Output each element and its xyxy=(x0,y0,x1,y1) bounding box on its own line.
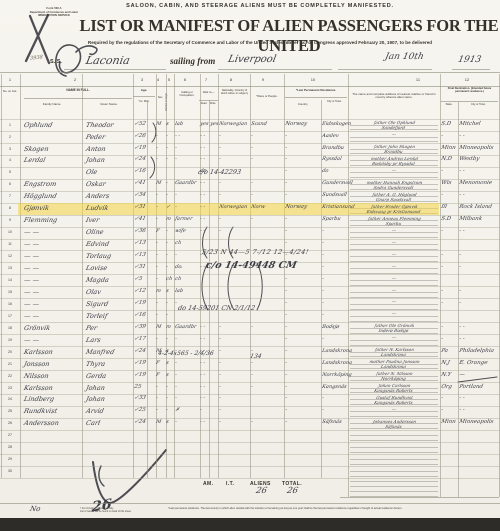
cell-relative: — xyxy=(349,132,438,137)
column-number: 2 xyxy=(71,77,79,82)
cell-ms: s xyxy=(165,122,169,127)
cell-age: ✓19 xyxy=(133,361,146,367)
cell-relative: — xyxy=(349,240,438,245)
cell-relative: father Anneus FlemmingSparbu xyxy=(349,216,439,226)
cell-age: ✓17 xyxy=(133,337,146,343)
cell-sex: - xyxy=(155,265,158,270)
cell-ctry: - xyxy=(284,396,287,402)
cell-nat: - xyxy=(218,361,221,366)
cell-giv: Manfred xyxy=(85,349,115,356)
cell-age: ✓24 xyxy=(133,420,146,426)
column-number: 6 xyxy=(181,77,189,82)
row-number: 23 xyxy=(2,386,18,390)
cell-rw: - - xyxy=(199,325,205,330)
cell-fam: Gjønvik xyxy=(23,205,49,212)
cell-dst: Menomonie xyxy=(458,181,492,187)
cell-race: Scand xyxy=(250,122,267,127)
cell-city: - xyxy=(321,396,324,401)
row-number: 18 xyxy=(2,326,18,330)
cell-nat: - xyxy=(218,157,221,162)
cell-rw: yes yes xyxy=(199,122,218,127)
cell-st: - xyxy=(440,253,443,259)
cell-relative: father Ole OphlundSandefjord xyxy=(349,120,439,130)
relative-fill-line xyxy=(350,464,438,465)
cell-occ: - xyxy=(174,373,177,378)
cell-age: ✓26 xyxy=(133,134,146,140)
row-separator xyxy=(0,454,500,455)
cell-nat: - xyxy=(218,349,221,354)
cell-ms: - xyxy=(165,146,168,151)
cell-ms: - xyxy=(165,241,168,246)
column-number: 4 xyxy=(154,77,162,82)
cell-age: ✓19 xyxy=(133,373,146,379)
cell-city: Sparbu xyxy=(321,217,340,222)
cell-nat: - xyxy=(218,146,221,151)
cell-relative: mother Paulina JonssonLandskrona xyxy=(349,359,439,369)
cell-ctry: - xyxy=(284,313,287,319)
relative-address: Kangsnäs Roberts xyxy=(349,388,438,393)
cell-st: Minn xyxy=(440,146,456,152)
cell-nat: - xyxy=(218,325,221,330)
cell-occ: - xyxy=(174,420,177,425)
row-number: 15 xyxy=(2,290,18,294)
cell-ctry: - xyxy=(284,373,287,379)
cell-nat: - xyxy=(218,134,221,139)
cell-ctry: - xyxy=(284,146,287,152)
cell-giv: Per xyxy=(85,325,97,332)
cell-occ: - xyxy=(174,396,177,401)
cell-nat: - xyxy=(218,373,221,378)
cell-st: N.Y xyxy=(440,373,451,379)
row-number: 16 xyxy=(2,302,18,306)
cell-ctry: - xyxy=(284,134,287,140)
cell-dst: - xyxy=(458,289,461,295)
cell-dst: E. Orange xyxy=(458,361,487,367)
col-head-married: Married or single. xyxy=(166,88,174,116)
cell-sex: - xyxy=(155,337,158,342)
cell-fam: Skogen xyxy=(23,146,49,153)
cell-fam: Karlsson xyxy=(23,349,53,356)
cell-sex: - xyxy=(155,146,158,151)
sailing-date: Jan 10th xyxy=(384,53,424,62)
row-number: 9 xyxy=(2,218,18,222)
check-hook xyxy=(99,466,104,486)
cell-giv: Magda xyxy=(85,277,109,284)
cell-nat: - xyxy=(218,408,221,413)
relative-name: — xyxy=(349,264,438,269)
top-banner: SALOON, CABIN, AND STEERAGE ALIENS MUST … xyxy=(60,3,460,9)
cell-sex: M xyxy=(155,420,161,425)
cell-ctry: - xyxy=(284,420,287,426)
cell-fam: Lindberg xyxy=(23,396,54,403)
cell-ms: s xyxy=(165,289,169,294)
cell-dst: Mitchel xyxy=(458,122,480,128)
cell-sex: M xyxy=(155,181,161,186)
row-number: 28 xyxy=(2,445,18,449)
cell-age: ✓41 xyxy=(133,217,146,223)
row-number: 21 xyxy=(2,362,18,366)
cell-city: - xyxy=(321,229,324,234)
cell-dst: Portland xyxy=(458,385,483,391)
cell-sex: - xyxy=(155,408,158,413)
cell-ctry: - xyxy=(284,181,287,187)
cell-st: - xyxy=(440,408,443,414)
ss-label: S. S. xyxy=(50,59,62,65)
cell-age: ✓13 xyxy=(133,253,146,259)
cell-sex: m xyxy=(155,289,161,294)
cell-giv: Oline xyxy=(85,229,104,236)
cell-fam: Grönvik xyxy=(23,325,50,332)
relative-fill-line xyxy=(350,309,438,310)
sailing-from-label: sailing from xyxy=(170,56,215,66)
relative-address: Norrköping xyxy=(349,376,438,381)
cell-giv: Sigurd xyxy=(85,301,109,308)
relative-name: — xyxy=(349,288,438,293)
cell-ms: ch xyxy=(165,277,172,282)
row-number: 2 xyxy=(2,135,18,139)
cell-giv: Anton xyxy=(85,146,106,153)
cell-rw: - - xyxy=(199,385,205,390)
col-head-family: Family Name. xyxy=(24,103,80,106)
grid-vline xyxy=(147,100,148,478)
cell-occ: lab xyxy=(174,122,183,127)
annotation-mid1: 5/23 N 44—5 7-/12 12—4/24! xyxy=(201,249,309,256)
cell-st: Ill xyxy=(440,205,447,211)
cell-st: - xyxy=(440,193,443,199)
cell-ctry: - xyxy=(284,325,287,331)
cell-ms: - xyxy=(165,396,168,401)
cell-ctry: - xyxy=(284,277,287,283)
column-number: 3 xyxy=(138,77,146,82)
cell-occ: ✗ xyxy=(174,408,179,413)
relative-name: — xyxy=(349,228,438,233)
ship-underline xyxy=(64,69,166,70)
relative-address: Kangsnäs Roberts xyxy=(349,400,438,405)
relative-address: Landskrona xyxy=(349,364,438,369)
cell-giv: Arvid xyxy=(85,408,104,415)
cell-race: - xyxy=(250,217,253,222)
cell-rw: - - xyxy=(199,361,205,366)
cell-nat: - xyxy=(218,217,221,222)
cell-dst: - xyxy=(458,253,461,259)
cell-giv: Ludvik xyxy=(85,205,109,212)
cell-fam: Högglund xyxy=(23,193,57,200)
cell-relative: — xyxy=(349,168,438,173)
col-head-nationality: Nationality. (Country of which citizen o… xyxy=(219,90,250,96)
grid-hline xyxy=(340,497,499,498)
col-head-no: No. on List. xyxy=(2,90,18,93)
row-separator xyxy=(0,478,500,479)
cell-rw: - - xyxy=(199,229,205,234)
cell-sex: - xyxy=(155,217,158,222)
cell-fam: — — xyxy=(23,265,39,272)
cell-relative: Johan CarlssonKangsnäs Roberts xyxy=(349,383,439,393)
cell-relative: father Ole GrönvikInderø Bodsjø xyxy=(349,323,439,333)
cell-dst: - - xyxy=(458,337,465,343)
cell-fam: — — xyxy=(23,253,39,260)
cell-occ: - xyxy=(174,157,177,162)
cell-age: ✓25 xyxy=(133,408,146,414)
col-head-res-city: City or Town. xyxy=(322,101,347,104)
cell-giv: Theodor xyxy=(85,122,114,129)
row-separator xyxy=(0,430,500,431)
port-underline xyxy=(218,69,332,70)
year-underline xyxy=(452,69,490,70)
cell-rw: - - xyxy=(199,146,205,151)
cell-occ: - xyxy=(174,385,177,390)
cell-sex: M xyxy=(155,325,161,330)
cell-age: ✓34 xyxy=(133,193,146,199)
cell-sex: - xyxy=(155,157,158,162)
relative-fill-line xyxy=(350,416,438,417)
port-name: Liverpool xyxy=(227,55,277,65)
row-number: 12 xyxy=(2,254,18,258)
column-number: 12 xyxy=(463,77,471,82)
cell-fam: Engstrom xyxy=(23,181,57,188)
cell-st: N.J xyxy=(440,361,450,367)
cell-age: ✓52 xyxy=(133,122,146,128)
column-number: 7 xyxy=(202,77,210,82)
cell-dst: Rock Island xyxy=(458,205,492,211)
grid-vline xyxy=(209,100,210,478)
cell-fam: Lerdal xyxy=(23,157,46,164)
cell-occ: farmer xyxy=(174,217,192,222)
relative-fill-line xyxy=(350,177,438,178)
cell-age: ✓31 xyxy=(133,265,146,271)
cell-age: ✓31 xyxy=(133,205,146,211)
cell-giv: Gerda xyxy=(85,373,107,380)
cell-ctry: - xyxy=(284,229,287,235)
cell-dst: - - xyxy=(458,169,465,175)
cell-city: Landskrona xyxy=(321,361,352,366)
cell-relative: father N. KarlssonLandskrona xyxy=(349,347,439,357)
cell-ctry: - xyxy=(284,301,287,307)
cell-relative: — xyxy=(349,299,438,304)
row-number: 24 xyxy=(2,397,18,401)
relative-fill-line xyxy=(350,459,438,460)
cell-ctry: - xyxy=(284,349,287,355)
cell-ms: s xyxy=(165,420,169,425)
cell-st: - xyxy=(440,301,443,307)
annotation-row17: do 14-59201 CN 2/1/12 xyxy=(177,305,255,312)
cell-ctry: - xyxy=(284,337,287,343)
relative-name: — xyxy=(349,276,438,281)
cell-ctry: Norway xyxy=(284,122,307,128)
annotation-mid2: c/o 14-49448 CM xyxy=(205,261,298,271)
relative-fill-line xyxy=(350,486,438,487)
col-head-given: Given Name. xyxy=(86,103,132,106)
cell-city: - xyxy=(321,277,324,282)
grid-hline xyxy=(0,503,500,504)
cell-giv: Anders xyxy=(85,193,110,200)
cell-dst: - - xyxy=(458,408,465,414)
cell-giv: Olav xyxy=(85,289,101,296)
cell-sex: - xyxy=(155,396,158,401)
cell-city: Norrköping xyxy=(321,373,352,378)
cell-relative: — xyxy=(349,407,438,412)
cell-fam: Rundkvist xyxy=(23,408,57,415)
relative-fill-line xyxy=(350,481,438,482)
cell-occ: wife xyxy=(174,229,186,234)
cell-age: ✓24 xyxy=(133,349,146,355)
cell-occ: - xyxy=(174,253,177,258)
cell-race: - xyxy=(250,325,253,330)
cell-race: - xyxy=(250,385,253,390)
date-underline xyxy=(338,69,432,70)
relative-name: — xyxy=(349,299,438,304)
col-head-occupation: Calling or Occupation. xyxy=(175,91,199,97)
cell-city: Brandbu xyxy=(321,146,344,151)
relative-name: — xyxy=(349,132,438,137)
cell-city: - xyxy=(321,265,324,270)
cell-giv: Carl xyxy=(85,420,100,427)
cell-st: S.D xyxy=(440,217,451,223)
cell-st: - xyxy=(440,325,443,331)
cell-age: ✓16 xyxy=(133,169,146,175)
row-number: 25 xyxy=(2,409,18,413)
cell-occ: lab xyxy=(174,289,183,294)
cell-ctry: - xyxy=(284,241,287,247)
row-number: 5 xyxy=(2,170,18,174)
relative-fill-line xyxy=(350,249,438,250)
grid-hline xyxy=(0,72,500,73)
relative-fill-line xyxy=(350,141,438,142)
cell-occ: Gaardbr xyxy=(174,325,196,330)
cell-fam: — — xyxy=(23,313,39,320)
cell-city: - xyxy=(321,289,324,294)
cell-fam: Jonsson xyxy=(23,361,50,368)
cell-giv: Johan xyxy=(85,157,105,164)
cell-ms: - xyxy=(165,408,168,413)
cell-ms: - xyxy=(165,385,168,390)
cell-relative: father Broder GjønvikEidsvaag pr Kristia… xyxy=(349,204,439,214)
cell-st: - xyxy=(440,265,443,271)
cell-city: Eidsskogen xyxy=(321,122,351,127)
cell-st: - xyxy=(440,134,443,140)
cell-fam: — — xyxy=(23,337,39,344)
totals-am-label: AM. xyxy=(203,481,213,487)
column-number: 8 xyxy=(227,77,235,82)
relative-address: Sparbu xyxy=(349,221,438,226)
totals-it-label: I.T. xyxy=(226,481,234,487)
annotation-row5: c/o 14-42293 xyxy=(197,169,241,176)
cell-fam: Andersson xyxy=(23,420,59,427)
cell-city: - xyxy=(321,301,324,306)
cell-rw: - - xyxy=(199,134,205,139)
cell-ms: m xyxy=(165,325,171,330)
col-head-relative: The name and complete address of nearest… xyxy=(352,93,436,100)
cell-ctry: Norway xyxy=(284,205,307,211)
cell-sex: F xyxy=(155,373,160,378)
cell-city: Bodsjø xyxy=(321,325,339,330)
cell-race: - xyxy=(250,134,253,139)
row-separator xyxy=(0,466,500,467)
cell-dst: Minneapolis xyxy=(458,420,493,426)
relative-address: Säfsnäs xyxy=(349,424,438,429)
cell-city: - xyxy=(321,241,324,246)
cell-fam: — — xyxy=(23,289,39,296)
cell-fam: Ophlund xyxy=(23,122,53,129)
cell-relative: — xyxy=(349,288,438,293)
relative-name: — xyxy=(349,407,438,412)
cell-city: do xyxy=(321,169,328,174)
relative-address: Landskrona xyxy=(349,352,438,357)
cell-nat: - xyxy=(218,181,221,186)
cell-rw: - - xyxy=(199,193,205,198)
col-head-able: Able to— xyxy=(199,91,218,94)
col-head-name-group: NAME IN FULL. xyxy=(24,89,132,93)
row-number: 14 xyxy=(2,278,18,282)
row-number: 27 xyxy=(2,433,18,437)
footnote-main: *Last permanent residence. The last coun… xyxy=(168,507,474,510)
cell-ms: s xyxy=(165,373,169,378)
cell-city: Ryssdal xyxy=(321,157,341,162)
col-head-age: Age. xyxy=(133,89,155,92)
relative-fill-line xyxy=(350,476,438,477)
cell-relative: mother Hannah EngstromSodra Gundersvoll xyxy=(349,180,439,190)
cell-ctry: - xyxy=(284,361,287,367)
cell-relative: — xyxy=(349,264,438,269)
cell-age: ✓5 xyxy=(133,277,142,283)
cell-sex: - xyxy=(155,253,158,258)
cell-age: ✓19 xyxy=(133,146,146,152)
destination-rule xyxy=(441,101,498,102)
cell-city: Sundsvall xyxy=(321,193,347,198)
cell-occ: do. xyxy=(174,265,183,270)
cell-city: Aaslev xyxy=(321,134,339,139)
cell-ms: - xyxy=(165,313,168,318)
cell-occ: - xyxy=(174,301,177,306)
cell-occ: - xyxy=(174,146,177,151)
ship-name: Laconia xyxy=(85,55,131,66)
cell-giv: Torlaug xyxy=(85,253,112,260)
column-number: 9 xyxy=(259,77,267,82)
relative-fill-line xyxy=(350,447,438,448)
col-head-country: Country. xyxy=(285,103,321,106)
cell-ms: - xyxy=(165,181,168,186)
cell-ms: m xyxy=(165,217,171,222)
name-group-rule xyxy=(24,98,132,99)
row-number: 17 xyxy=(2,314,18,318)
residence-rule xyxy=(285,97,347,98)
cell-ms: - xyxy=(165,157,168,162)
row-number: 19 xyxy=(2,338,18,342)
cell-nat: - xyxy=(218,385,221,390)
cell-st: - xyxy=(440,289,443,295)
column-number: 1 xyxy=(6,77,14,82)
cell-relative: — xyxy=(349,252,438,257)
relative-fill-line xyxy=(350,285,438,286)
cell-occ: ch xyxy=(174,277,181,282)
cell-fam: — — xyxy=(23,277,39,284)
cell-nat: - xyxy=(218,337,221,342)
cell-giv: Johan xyxy=(85,385,105,392)
cell-fam: — — xyxy=(23,241,39,248)
cell-dst: - xyxy=(458,265,461,271)
cell-dst: Milbank xyxy=(458,217,482,223)
cell-age: ✓19 xyxy=(133,301,146,307)
relative-fill-line xyxy=(350,297,438,298)
relative-name: — xyxy=(349,311,438,316)
cell-rw: - - xyxy=(199,420,205,425)
cell-nat: - xyxy=(218,229,221,234)
cell-ctry: - xyxy=(284,193,287,199)
cell-age: ✓13 xyxy=(133,241,146,247)
cell-st: N.D xyxy=(440,157,452,163)
col-head-destination-group: Final Destination. (Intended future perm… xyxy=(441,87,498,93)
cell-city: Säfsnäs xyxy=(321,420,342,425)
cell-ms: s xyxy=(165,361,169,366)
